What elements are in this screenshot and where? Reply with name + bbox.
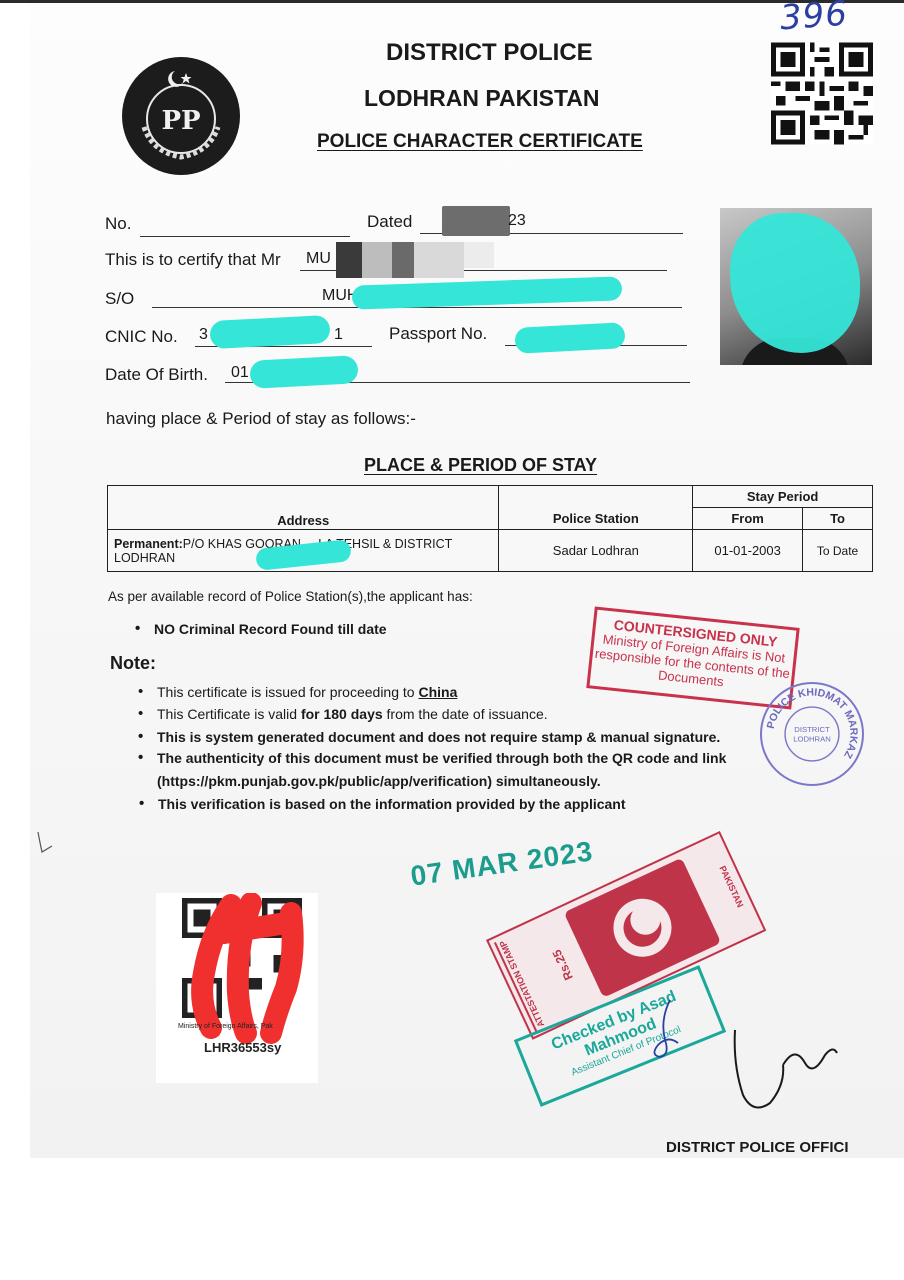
to-cell: To Date bbox=[803, 530, 873, 572]
stay-period-table: Address Police Station Stay Period From … bbox=[107, 485, 873, 572]
cnic-label: CNIC No. bbox=[105, 327, 178, 347]
svg-text:DISTRICT: DISTRICT bbox=[794, 725, 830, 734]
signatory-title: DISTRICT POLICE OFFICI bbox=[666, 1139, 849, 1156]
police-khidmat-markaz-seal: POLICE KHIDMAT MARKAZ DISTRICT LODHRAN bbox=[760, 682, 864, 786]
dob-value: 01 bbox=[231, 364, 249, 382]
table-row: Permanent:P/O KHAS GOORAN ... LA TEHSIL … bbox=[108, 530, 873, 572]
redaction-blur bbox=[442, 206, 510, 236]
qr-code-top[interactable] bbox=[771, 40, 873, 147]
svg-text:POLICE KHIDMAT MARKAZ: POLICE KHIDMAT MARKAZ bbox=[765, 686, 860, 760]
signature bbox=[725, 1025, 845, 1120]
header-location: LODHRAN PAKISTAN bbox=[364, 85, 600, 112]
cnic-value-start: 3 bbox=[199, 326, 208, 344]
mofa-code: LHR36553sy bbox=[204, 1040, 281, 1055]
dob-label: Date Of Birth. bbox=[105, 365, 208, 385]
address-cell: Permanent:P/O KHAS GOORAN ... LA TEHSIL … bbox=[108, 530, 499, 572]
section-title: PLACE & PERIOD OF STAY bbox=[364, 455, 597, 476]
no-underline bbox=[140, 236, 350, 237]
from-cell: 01-01-2003 bbox=[693, 530, 803, 572]
initials-mark bbox=[640, 995, 690, 1065]
punjab-police-emblem-icon: PP bbox=[122, 57, 240, 175]
redaction-block bbox=[464, 242, 494, 268]
certify-label: This is to certify that Mr bbox=[105, 250, 281, 270]
address-header: Address bbox=[108, 486, 499, 530]
document-page: 396 PP DISTRICT POLICE LODHRAN PAKISTAN … bbox=[0, 0, 904, 1280]
from-header: From bbox=[693, 508, 803, 530]
redaction-block bbox=[392, 242, 414, 278]
verification-link[interactable]: (https://pkm.punjab.gov.pk/public/app/ve… bbox=[157, 773, 601, 789]
stay-intro-text: having place & Period of stay as follows… bbox=[106, 409, 416, 429]
dated-label: Dated bbox=[367, 212, 412, 232]
certificate-title: POLICE CHARACTER CERTIFICATE bbox=[317, 131, 643, 153]
cnic-value-end: 1 bbox=[334, 326, 343, 344]
handwritten-number: 396 bbox=[779, 0, 850, 38]
dated-value: 23 bbox=[508, 212, 526, 230]
name-value: MU bbox=[306, 250, 331, 268]
no-label: No. bbox=[105, 214, 131, 234]
note-item: This verification is based on the inform… bbox=[158, 796, 626, 812]
note-item: This certificate is issued for proceedin… bbox=[157, 684, 457, 700]
redaction-block bbox=[414, 242, 464, 278]
note-item: This Certificate is valid for 180 days f… bbox=[157, 706, 548, 722]
svg-text:LODHRAN: LODHRAN bbox=[793, 735, 831, 744]
redaction-block bbox=[362, 242, 392, 278]
note-item: The authenticity of this document must b… bbox=[157, 750, 726, 766]
stay-period-header: Stay Period bbox=[693, 486, 873, 508]
mofa-qr-code[interactable]: Ministry of Foreign Affairs, Pak LHR3655… bbox=[156, 893, 318, 1083]
svg-text:PP: PP bbox=[161, 106, 200, 136]
note-title: Note: bbox=[110, 653, 156, 674]
note-item: This is system generated document and do… bbox=[157, 729, 720, 745]
header-district-police: DISTRICT POLICE bbox=[386, 39, 593, 67]
passport-label: Passport No. bbox=[389, 324, 487, 344]
applicant-photo bbox=[720, 208, 872, 365]
redaction-mark bbox=[249, 355, 358, 389]
police-station-header: Police Station bbox=[499, 486, 693, 530]
pen-mark bbox=[34, 828, 58, 858]
police-station-cell: Sadar Lodhran bbox=[499, 530, 693, 572]
record-intro: As per available record of Police Statio… bbox=[108, 589, 473, 604]
to-header: To bbox=[803, 508, 873, 530]
redaction-block bbox=[336, 242, 362, 278]
record-item: NO Criminal Record Found till date bbox=[154, 621, 387, 637]
so-label: S/O bbox=[105, 289, 134, 309]
